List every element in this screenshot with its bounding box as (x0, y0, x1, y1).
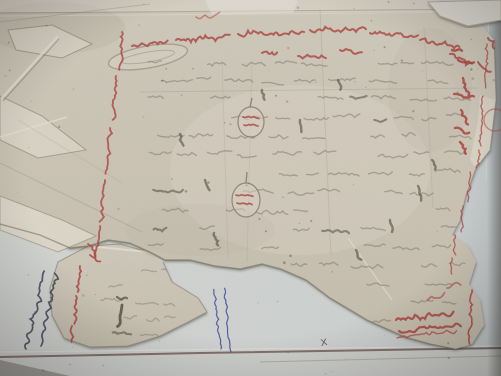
vignette (0, 0, 501, 376)
photo-of-manuscript: x (0, 0, 501, 376)
